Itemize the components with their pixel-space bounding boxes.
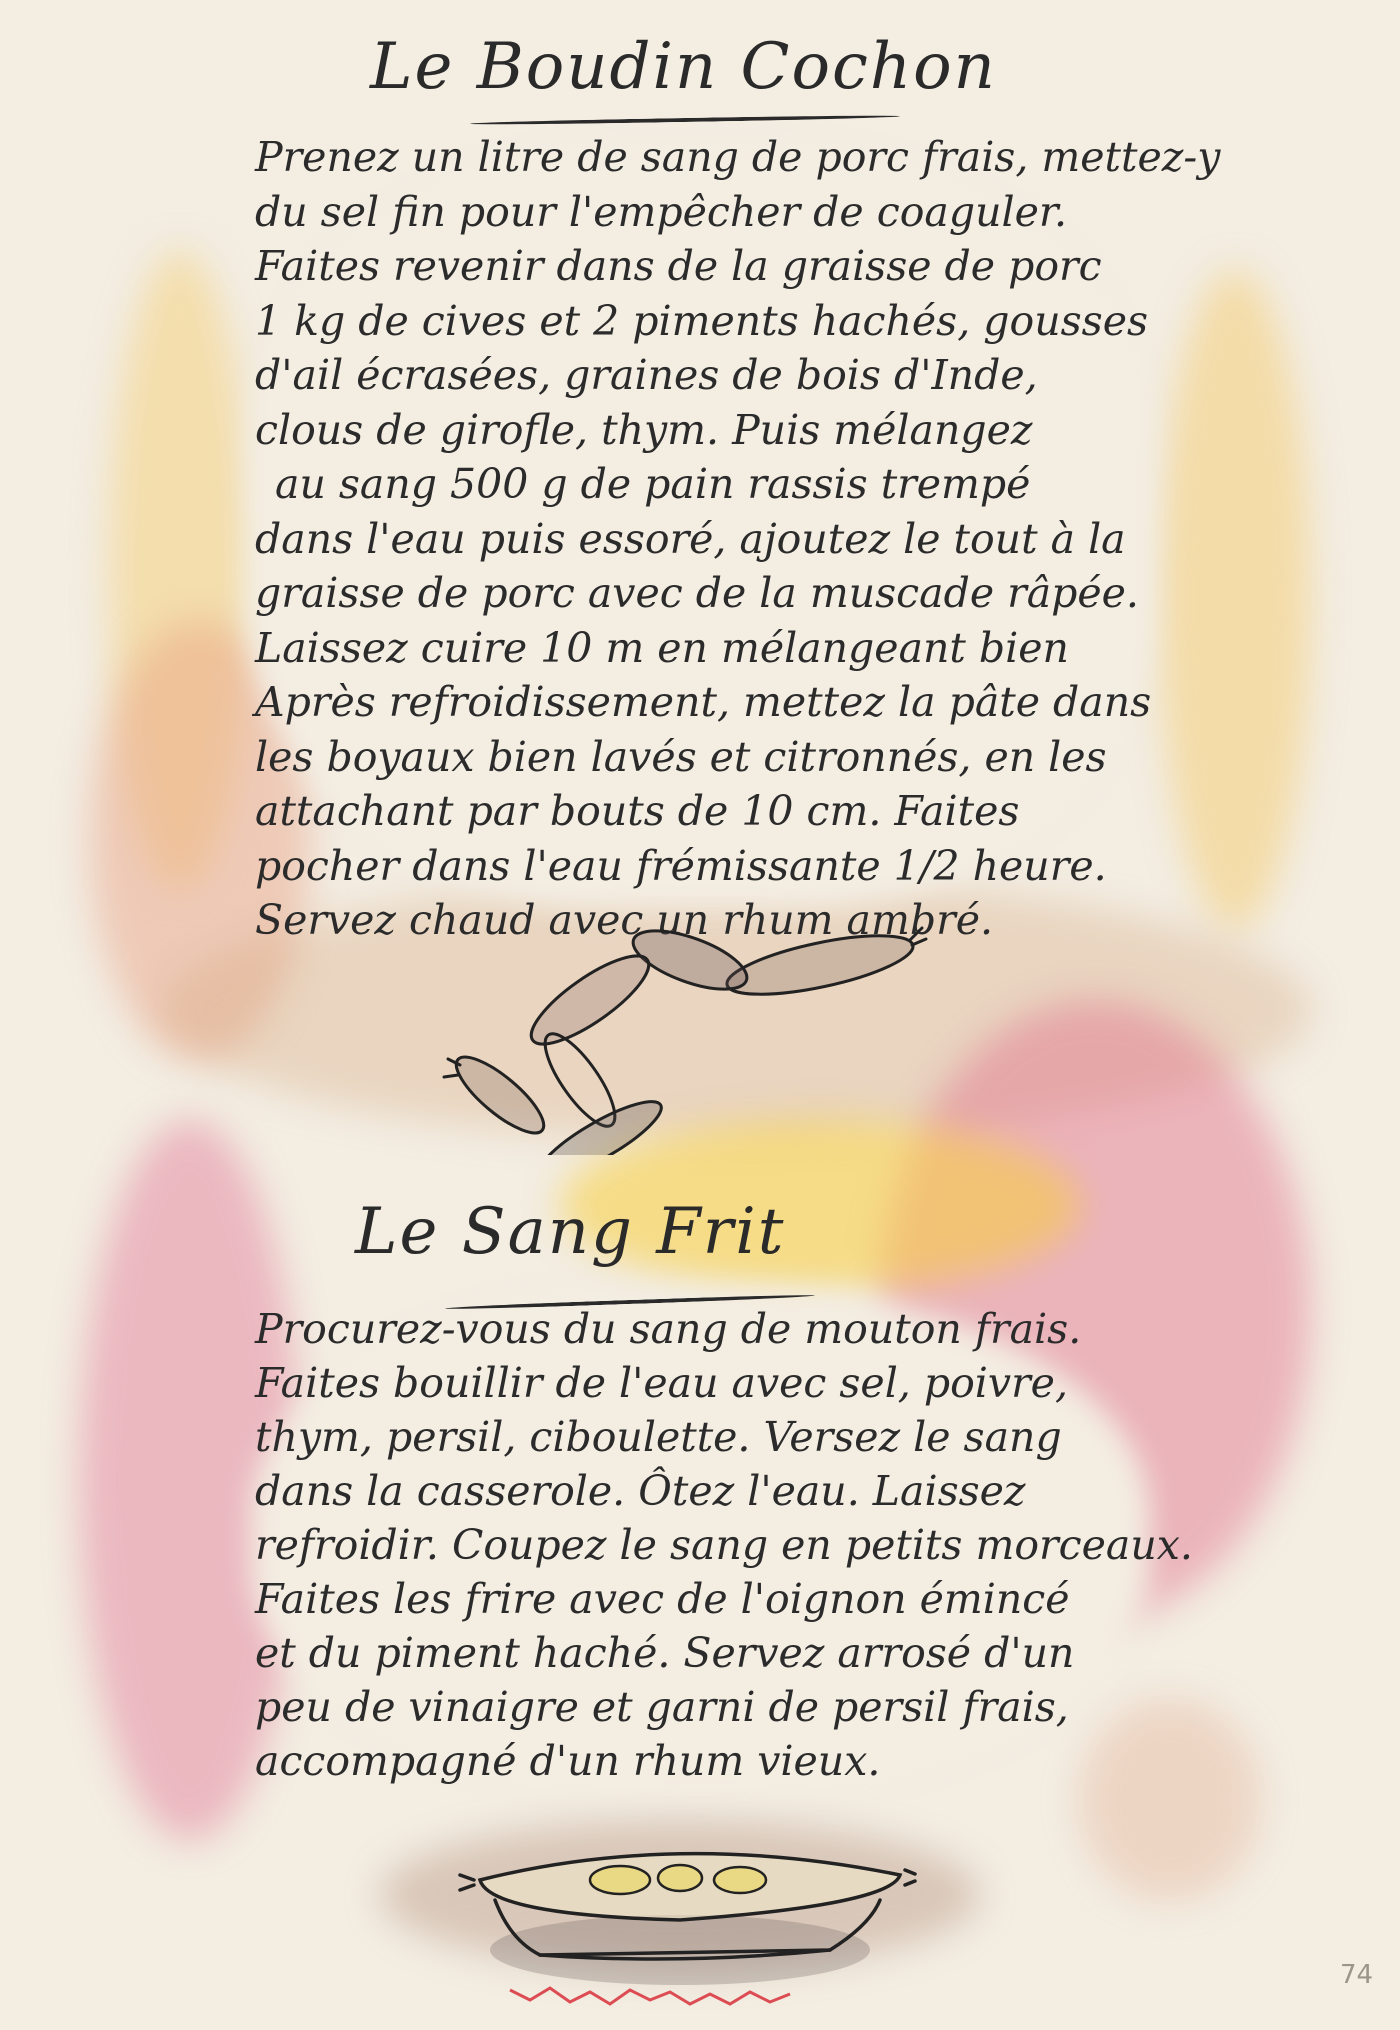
- page-number: 74: [1340, 1960, 1373, 1990]
- instruction-line: dans la casserole. Ôtez l'eau. Laissez: [255, 1464, 1235, 1518]
- instruction-line: graisse de porc avec de la muscade râpée…: [255, 566, 1235, 621]
- title-underline: [470, 114, 900, 126]
- instruction-line: dans l'eau puis essoré, ajoutez le tout …: [255, 512, 1235, 567]
- instruction-line: pocher dans l'eau frémissante 1/2 heure.: [255, 839, 1235, 894]
- instruction-line: Faites les frire avec de l'oignon émincé: [255, 1572, 1235, 1626]
- instruction-line: peu de vinaigre et garni de persil frais…: [255, 1680, 1235, 1734]
- instruction-line: et du piment haché. Servez arrosé d'un: [255, 1626, 1235, 1680]
- instruction-line: Laissez cuire 10 m en mélangeant bien: [255, 621, 1235, 676]
- instruction-line: d'ail écrasées, graines de bois d'Inde,: [255, 348, 1235, 403]
- sausage-links-illustration: [440, 915, 980, 1155]
- instruction-line: les boyaux bien lavés et citronnés, en l…: [255, 730, 1235, 785]
- instruction-line: Faites revenir dans de la graisse de por…: [255, 239, 1235, 294]
- instruction-line: du sel fin pour l'empêcher de coaguler.: [255, 185, 1235, 240]
- instruction-line: clous de girofle, thym. Puis mélangez: [255, 403, 1235, 458]
- recipe-instructions: Prenez un litre de sang de porc frais, m…: [255, 130, 1235, 948]
- instruction-line: 1 kg de cives et 2 piments hachés, gouss…: [255, 294, 1235, 349]
- instruction-line: attachant par bouts de 10 cm. Faites: [255, 784, 1235, 839]
- instruction-line: au sang 500 g de pain rassis trempé: [255, 457, 1235, 512]
- recipe-title: Le Boudin Cochon: [370, 30, 997, 104]
- instruction-line: thym, persil, ciboulette. Versez le sang: [255, 1410, 1235, 1464]
- dish-illustration: [450, 1830, 960, 2020]
- instruction-line: Procurez-vous du sang de mouton frais.: [255, 1302, 1235, 1356]
- recipe-page: Le Boudin Cochon Prenez un litre de sang…: [0, 0, 1400, 2030]
- instruction-line: Après refroidissement, mettez la pâte da…: [255, 675, 1235, 730]
- instruction-line: Faites bouillir de l'eau avec sel, poivr…: [255, 1356, 1235, 1410]
- instruction-line: accompagné d'un rhum vieux.: [255, 1734, 1235, 1788]
- recipe-title: Le Sang Frit: [355, 1195, 785, 1269]
- instruction-line: Prenez un litre de sang de porc frais, m…: [255, 130, 1235, 185]
- recipe-instructions: Procurez-vous du sang de mouton frais. F…: [255, 1302, 1235, 1788]
- instruction-line: refroidir. Coupez le sang en petits morc…: [255, 1518, 1235, 1572]
